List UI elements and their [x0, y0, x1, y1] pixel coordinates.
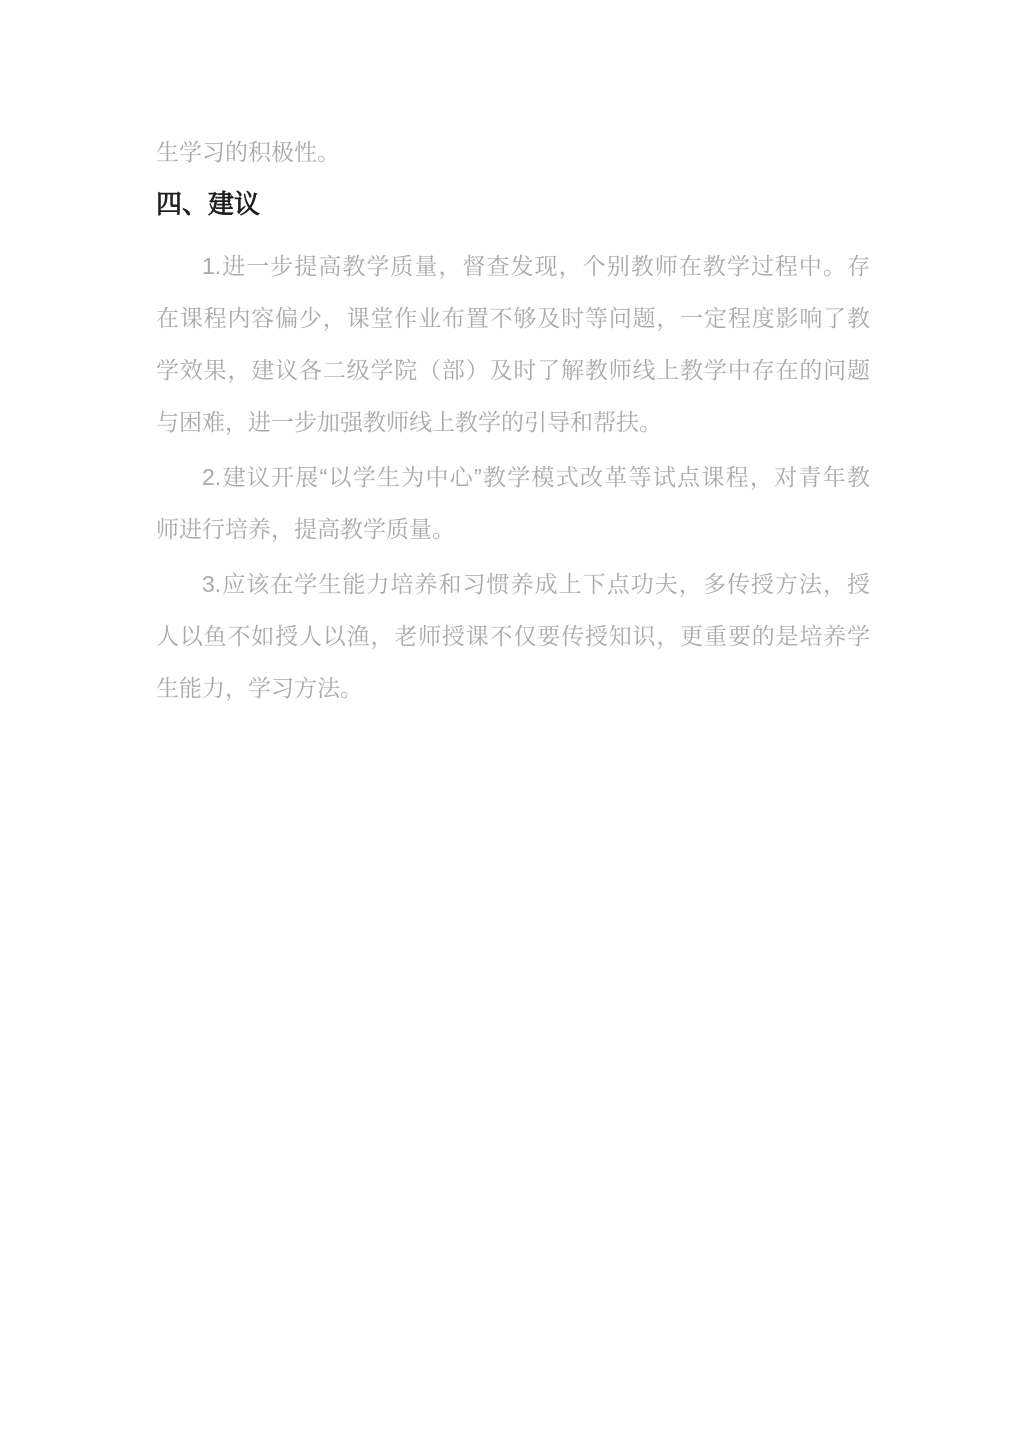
text-line: 与困难，进一步加强教师线上教学的引导和帮扶。 — [156, 396, 870, 448]
paragraph-2: 2.建议开展“以学生为中心”教学模式改革等试点课程，对青年教 师进行培养，提高教… — [156, 451, 870, 555]
text-line: 在课程内容偏少，课堂作业布置不够及时等问题，一定程度影响了教 — [156, 292, 870, 344]
document-page: 生学习的积极性。 四、建议 1.进一步提高教学质量，督查发现，个别教师在教学过程… — [0, 0, 1024, 1448]
paragraph-continuation-line: 生学习的积极性。 — [156, 126, 870, 178]
text-line: 1.进一步提高教学质量，督查发现，个别教师在教学过程中。存 — [156, 240, 870, 292]
text-line: 3.应该在学生能力培养和习惯养成上下点功夫，多传授方法，授 — [156, 558, 870, 610]
paragraph-1: 1.进一步提高教学质量，督查发现，个别教师在教学过程中。存 在课程内容偏少，课堂… — [156, 240, 870, 448]
text-line: 人以鱼不如授人以渔，老师授课不仅要传授知识，更重要的是培养学 — [156, 610, 870, 662]
text-line: 学效果，建议各二级学院（部）及时了解教师线上教学中存在的问题 — [156, 344, 870, 396]
text-line: 师进行培养，提高教学质量。 — [156, 503, 870, 555]
section-heading: 四、建议 — [156, 178, 870, 230]
document-content: 生学习的积极性。 四、建议 1.进一步提高教学质量，督查发现，个别教师在教学过程… — [156, 126, 870, 714]
text-line: 2.建议开展“以学生为中心”教学模式改革等试点课程，对青年教 — [156, 451, 870, 503]
paragraph-3: 3.应该在学生能力培养和习惯养成上下点功夫，多传授方法，授 人以鱼不如授人以渔，… — [156, 558, 870, 714]
text-line: 生能力，学习方法。 — [156, 662, 870, 714]
